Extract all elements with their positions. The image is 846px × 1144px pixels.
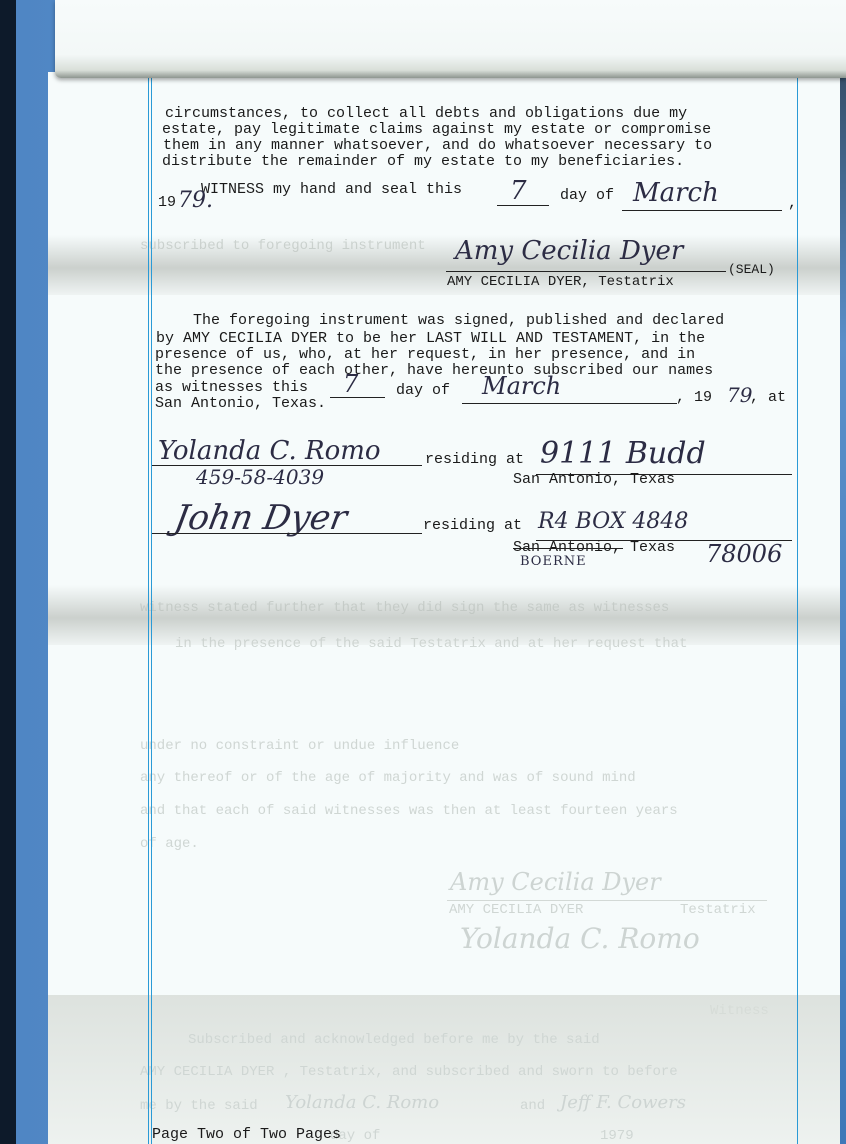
right-margin-rule bbox=[797, 78, 799, 1144]
body-text-line: distribute the remainder of my estate to… bbox=[162, 154, 684, 170]
bleedthrough-line: any thereof or of the age of majority an… bbox=[140, 770, 636, 786]
bleedthrough-printed: AMY CECILIA DYER bbox=[449, 902, 583, 918]
bleedthrough-signature: Yolanda C. Romo bbox=[285, 1092, 439, 1113]
witness2-city-note: BOERNE bbox=[520, 554, 587, 569]
bleedthrough-signature: Amy Cecilia Dyer bbox=[450, 868, 661, 896]
testatrix-printed-name: AMY CECILIA DYER, Testatrix bbox=[447, 274, 674, 290]
handwritten-day: 7 bbox=[510, 176, 527, 206]
witness1-address: 9111 Budd bbox=[540, 436, 706, 471]
witness1-city: San Antonio, Texas bbox=[513, 472, 675, 488]
day-blank bbox=[497, 205, 549, 206]
attestation-line: presence of us, who, at her request, in … bbox=[155, 347, 695, 363]
bleedthrough-line: 1979 bbox=[600, 1128, 634, 1144]
handwritten-month: March bbox=[482, 372, 561, 400]
bleedthrough-line: and that each of said witnesses was then… bbox=[140, 803, 678, 819]
year-prefix: 19 bbox=[158, 195, 176, 211]
residing-label: residing at bbox=[423, 518, 522, 534]
strikethrough bbox=[513, 548, 623, 549]
bleedthrough-line: and bbox=[520, 1098, 545, 1114]
seal-label: (SEAL) bbox=[728, 262, 775, 278]
signature-line bbox=[446, 271, 726, 272]
body-text-line: them in any manner whatsoever, and do wh… bbox=[163, 138, 712, 154]
folded-top-flap bbox=[55, 0, 846, 78]
witness-clause-text: , bbox=[788, 196, 797, 212]
attestation-line: by AMY CECILIA DYER to be her LAST WILL … bbox=[156, 331, 705, 347]
residing-label: residing at bbox=[425, 452, 524, 468]
attestation-line: , at bbox=[750, 390, 786, 406]
witness2-address: R4 BOX 4848 bbox=[538, 509, 688, 534]
body-text-line: circumstances, to collect all debts and … bbox=[165, 106, 687, 122]
handwritten-year: 79. bbox=[178, 188, 213, 213]
bleedthrough-line: under no constraint or undue influence bbox=[140, 738, 459, 754]
handwritten-month: March bbox=[633, 178, 719, 208]
bleedthrough-line: AMY CECILIA DYER , Testatrix, and subscr… bbox=[140, 1064, 678, 1080]
witness1-signature: Yolanda C. Romo bbox=[158, 436, 381, 466]
witness-clause-text: day of bbox=[560, 188, 614, 204]
witness2-signature-line bbox=[152, 533, 422, 534]
bleedthrough-printed: Testatrix bbox=[680, 902, 756, 918]
witness-clause-text: WITNESS my hand and seal this bbox=[201, 182, 462, 198]
bleedthrough-signature: Jeff F. Cowers bbox=[560, 1092, 686, 1113]
month-blank bbox=[622, 210, 782, 211]
paper-fold bbox=[48, 585, 840, 645]
left-margin-rule bbox=[151, 78, 153, 1144]
attestation-line: day of bbox=[396, 383, 450, 399]
witness1-id-number: 459-58-4039 bbox=[196, 465, 324, 489]
body-text-line: estate, pay legitimate claims against my… bbox=[162, 122, 711, 138]
day-blank bbox=[330, 397, 385, 398]
bleedthrough-signature: Yolanda C. Romo bbox=[460, 922, 700, 955]
handwritten-year: 79 bbox=[727, 383, 752, 407]
bleedthrough-line: me by the said bbox=[140, 1098, 258, 1114]
paper-fold bbox=[48, 235, 840, 295]
testatrix-signature: Amy Cecilia Dyer bbox=[455, 236, 683, 266]
bleedthrough-line: Subscribed and acknowledged before me by… bbox=[188, 1032, 600, 1048]
handwritten-day: 7 bbox=[343, 370, 358, 398]
attestation-line: the presence of each other, have hereunt… bbox=[155, 363, 713, 379]
attestation-line: as witnesses this bbox=[155, 380, 308, 396]
attestation-line: , 19 bbox=[676, 390, 712, 406]
page-footer: Page Two of Two Pages bbox=[152, 1127, 341, 1143]
left-margin-rule bbox=[148, 78, 150, 1144]
bleedthrough-rule bbox=[447, 900, 767, 901]
witness2-zip: 78006 bbox=[706, 540, 782, 568]
month-blank bbox=[462, 403, 677, 404]
attestation-place: San Antonio, Texas. bbox=[155, 396, 326, 412]
attestation-line: The foregoing instrument was signed, pub… bbox=[157, 313, 724, 329]
witness2-signature: John Dyer bbox=[171, 498, 350, 538]
